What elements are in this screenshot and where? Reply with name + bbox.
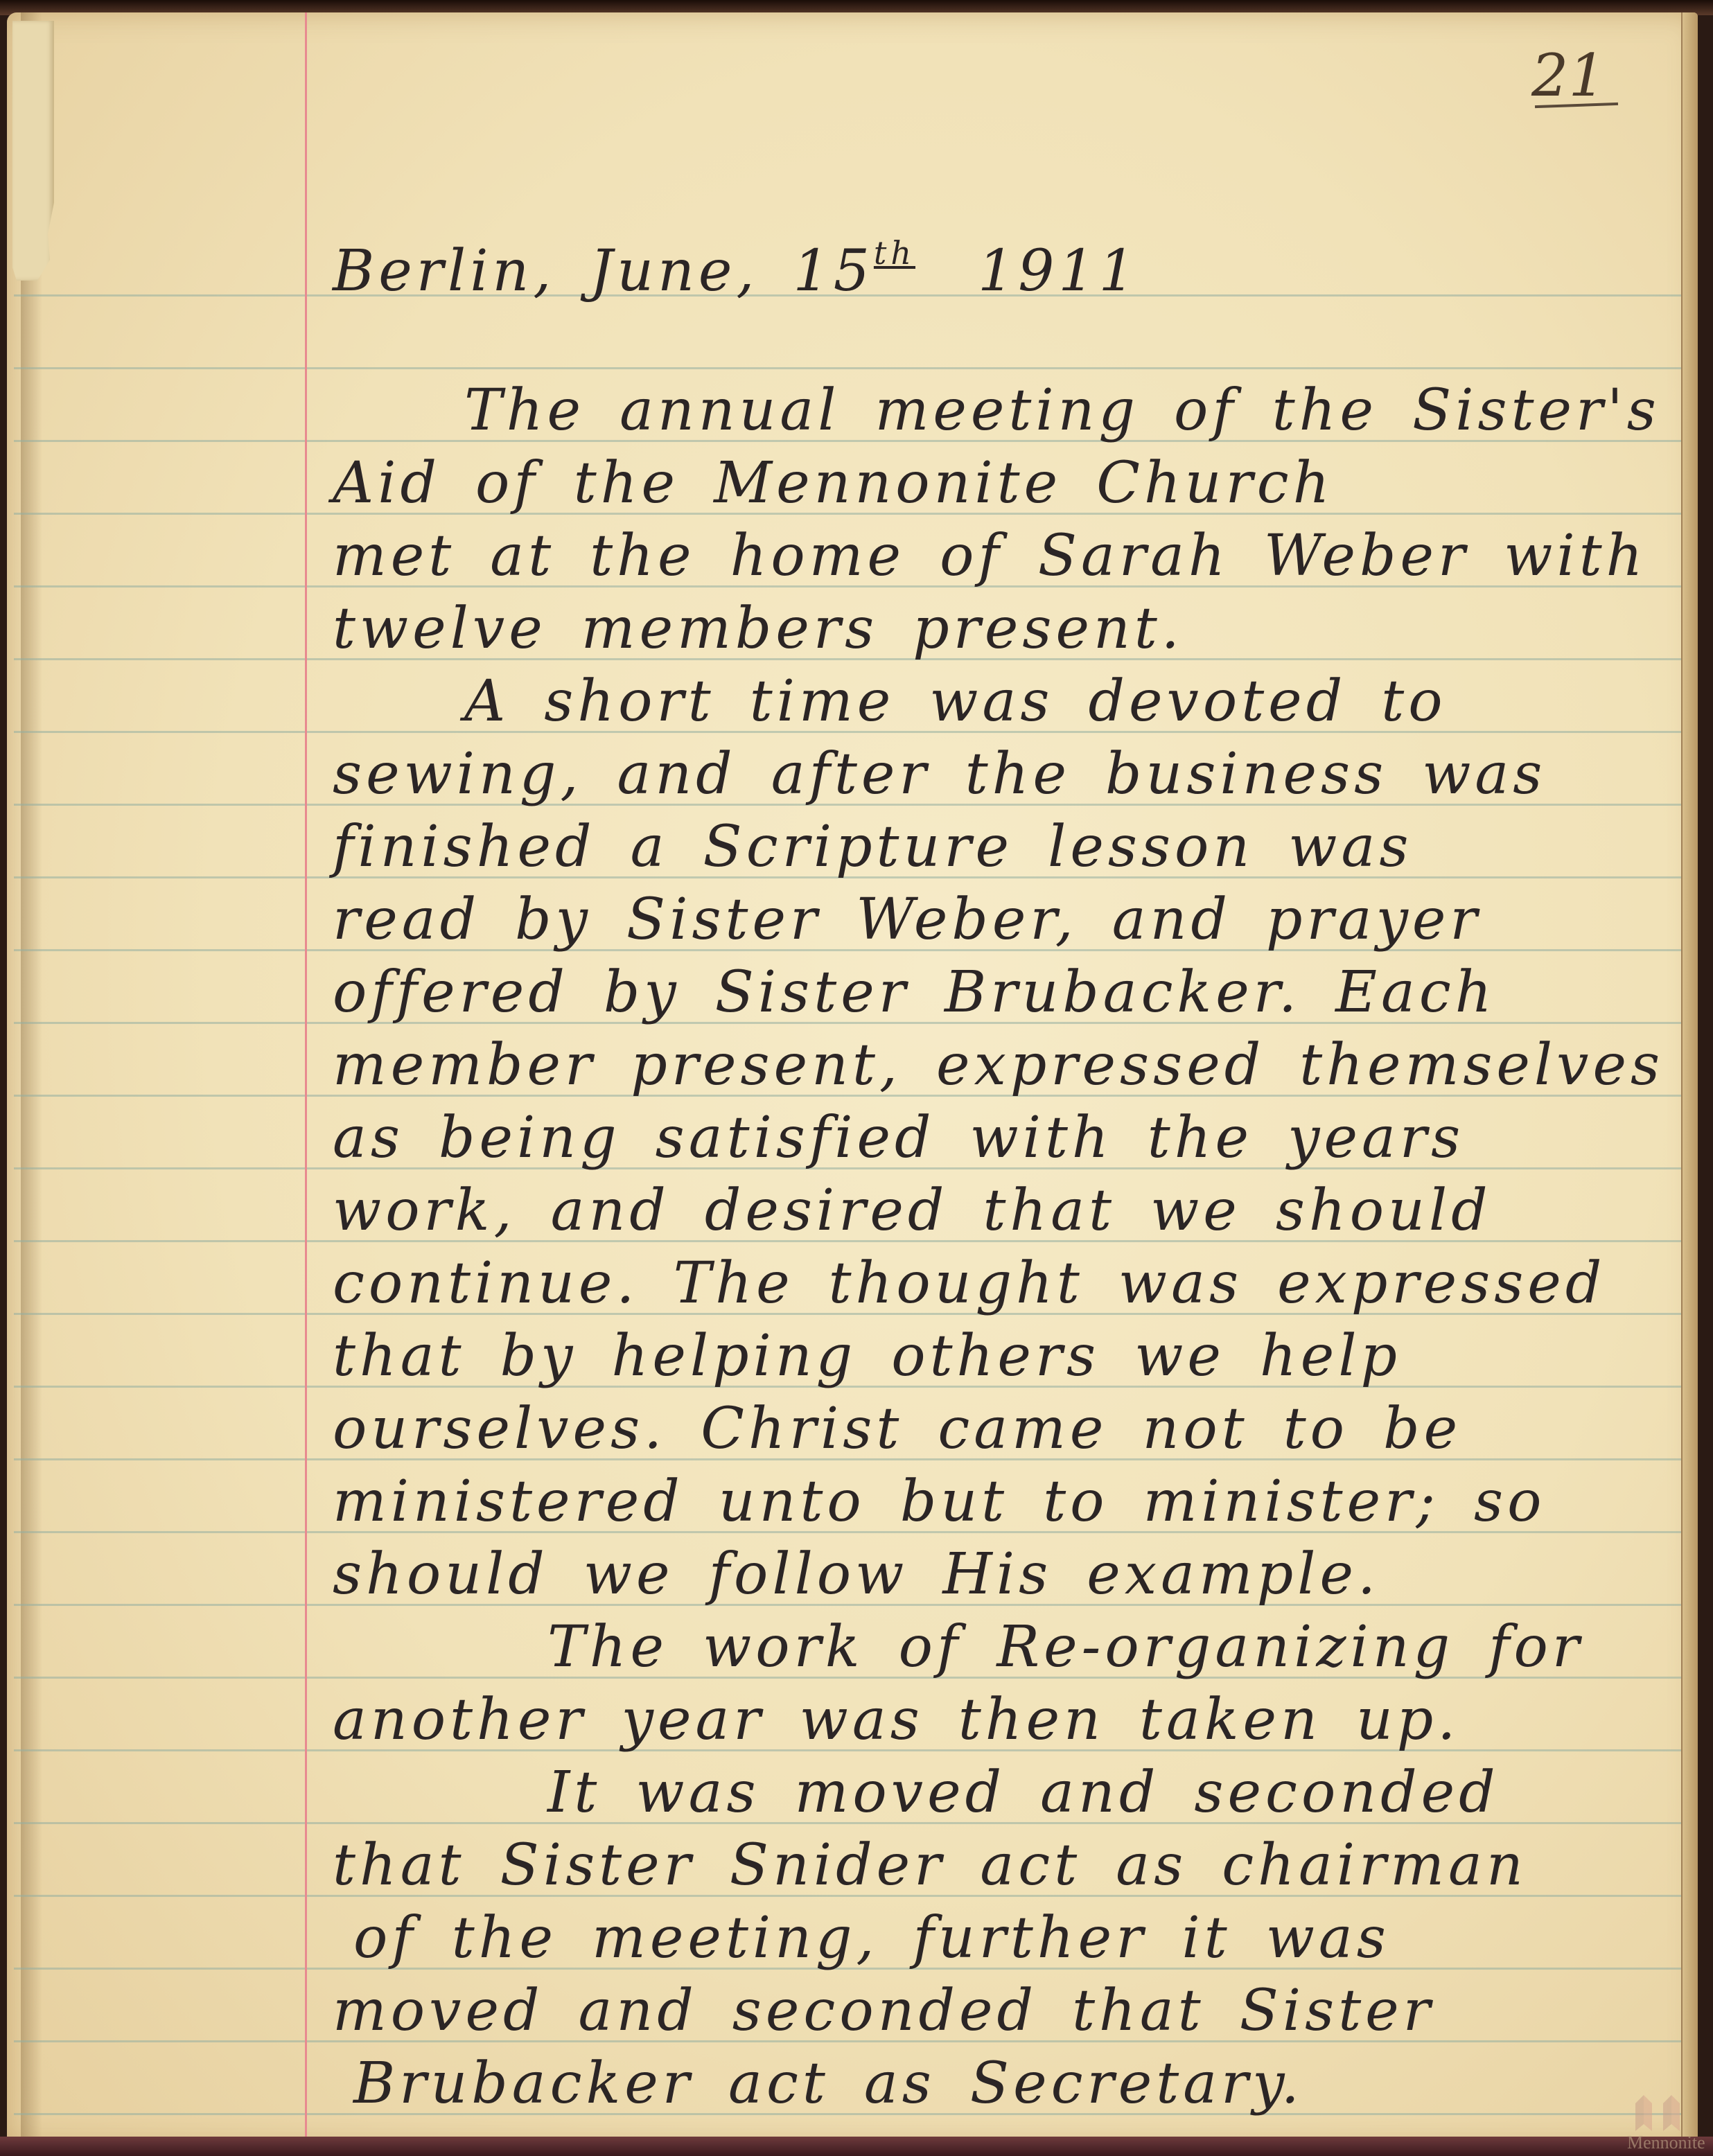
minutes-line: ministered unto but to minister; so bbox=[333, 1469, 1546, 1535]
date-month-day: June, 15 bbox=[590, 238, 874, 304]
minutes-line: read by Sister Weber, and prayer bbox=[333, 887, 1482, 953]
watermark-text: Mennonite bbox=[1627, 2132, 1705, 2153]
minutes-line: The annual meeting of the Sister's bbox=[464, 378, 1660, 443]
torn-tape-strip bbox=[12, 21, 54, 281]
minutes-line: offered by Sister Brubacker. Each bbox=[333, 960, 1496, 1025]
ruled-line bbox=[14, 367, 1683, 369]
notebook-cover-bottom bbox=[0, 2137, 1713, 2156]
page-number: 21 bbox=[1531, 42, 1606, 109]
minutes-line: another year was then taken up. bbox=[333, 1687, 1459, 1753]
date-ordinal: th bbox=[874, 234, 915, 272]
minutes-line: work, and desired that we should bbox=[333, 1178, 1492, 1244]
minutes-line: A short time was devoted to bbox=[464, 669, 1447, 734]
minutes-line: sewing, and after the business was bbox=[333, 741, 1546, 807]
mennonite-archive-logo-icon bbox=[1635, 2089, 1691, 2131]
minutes-line: as being satisfied with the years bbox=[333, 1105, 1464, 1171]
minutes-line: finished a Scripture lesson was bbox=[333, 814, 1412, 880]
date-year: 1911 bbox=[978, 238, 1139, 304]
page-edge bbox=[1681, 12, 1698, 2145]
spine-fold bbox=[21, 12, 42, 2145]
red-margin-line bbox=[305, 12, 307, 2145]
notebook-page: 21 Berlin, June, 15th 1911 The annual me… bbox=[7, 12, 1698, 2145]
minutes-line: Brubacker act as Secretary. bbox=[353, 2051, 1303, 2117]
minutes-line: that by helping others we help bbox=[333, 1323, 1401, 1389]
date-place: Berlin, bbox=[333, 238, 555, 304]
date-heading: Berlin, June, 15th 1911 bbox=[333, 234, 1139, 304]
minutes-line: continue. The thought was expressed bbox=[333, 1251, 1606, 1316]
minutes-line: of the meeting, further it was bbox=[353, 1905, 1390, 1971]
minutes-line: member present, expressed themselves bbox=[333, 1032, 1664, 1098]
minutes-line: moved and seconded that Sister bbox=[333, 1978, 1434, 2044]
minutes-line: It was moved and seconded bbox=[547, 1760, 1500, 1826]
minutes-line: that Sister Snider act as chairman bbox=[333, 1832, 1527, 1898]
minutes-line: Aid of the Mennonite Church bbox=[333, 450, 1334, 516]
minutes-line: ourselves. Christ came not to be bbox=[333, 1396, 1461, 1462]
minutes-line: twelve members present. bbox=[333, 596, 1184, 662]
minutes-line: should we follow His example. bbox=[333, 1541, 1380, 1607]
minutes-line: The work of Re-organizing for bbox=[547, 1614, 1583, 1680]
minutes-line: met at the home of Sarah Weber with bbox=[333, 523, 1646, 589]
